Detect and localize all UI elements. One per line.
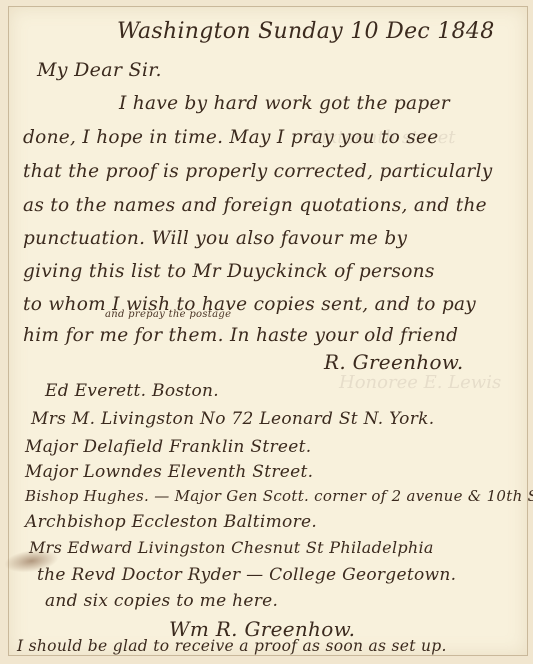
letter-page: Sixteenth street Honoree E. Lewis Washin… bbox=[8, 6, 528, 656]
body-line: done, I hope in time. May I pray you to … bbox=[23, 127, 439, 148]
body-line: giving this list to Mr Duyckinck of pers… bbox=[23, 261, 435, 282]
recipient-line: and six copies to me here. bbox=[45, 591, 278, 611]
interlineation: and prepay the postage bbox=[105, 309, 231, 320]
salutation: My Dear Sir. bbox=[37, 59, 162, 81]
bleed-through-text: Honoree E. Lewis bbox=[339, 372, 501, 393]
signature: R. Greenhow. bbox=[324, 350, 464, 374]
recipient-line: Bishop Hughes. — Major Gen Scott. corner… bbox=[25, 487, 533, 505]
recipient-line: Major Delafield Franklin Street. bbox=[25, 437, 311, 457]
recipient-line: Ed Everett. Boston. bbox=[45, 381, 219, 401]
body-line: as to the names and foreign quotations, … bbox=[23, 195, 487, 216]
body-line: that the proof is properly corrected, pa… bbox=[23, 161, 493, 182]
body-line: punctuation. Will you also favour me by bbox=[23, 228, 407, 249]
recipient-line: Major Lowndes Eleventh Street. bbox=[25, 462, 313, 482]
recipient-line: the Revd Doctor Ryder — College Georgeto… bbox=[37, 565, 456, 585]
dateline: Washington Sunday 10 Dec 1848 bbox=[117, 19, 495, 44]
postscript: I should be glad to receive a proof as s… bbox=[17, 637, 447, 655]
recipient-line: Mrs Edward Livingston Chesnut St Philade… bbox=[29, 538, 434, 557]
body-line: him for me for them. In haste your old f… bbox=[23, 325, 458, 346]
recipient-line: Mrs M. Livingston No 72 Leonard St N. Yo… bbox=[31, 409, 434, 429]
body-line: I have by hard work got the paper bbox=[119, 93, 450, 114]
body-line: to whom I wish to have copies sent, and … bbox=[23, 294, 476, 315]
recipient-line: Archbishop Eccleston Baltimore. bbox=[25, 512, 317, 532]
